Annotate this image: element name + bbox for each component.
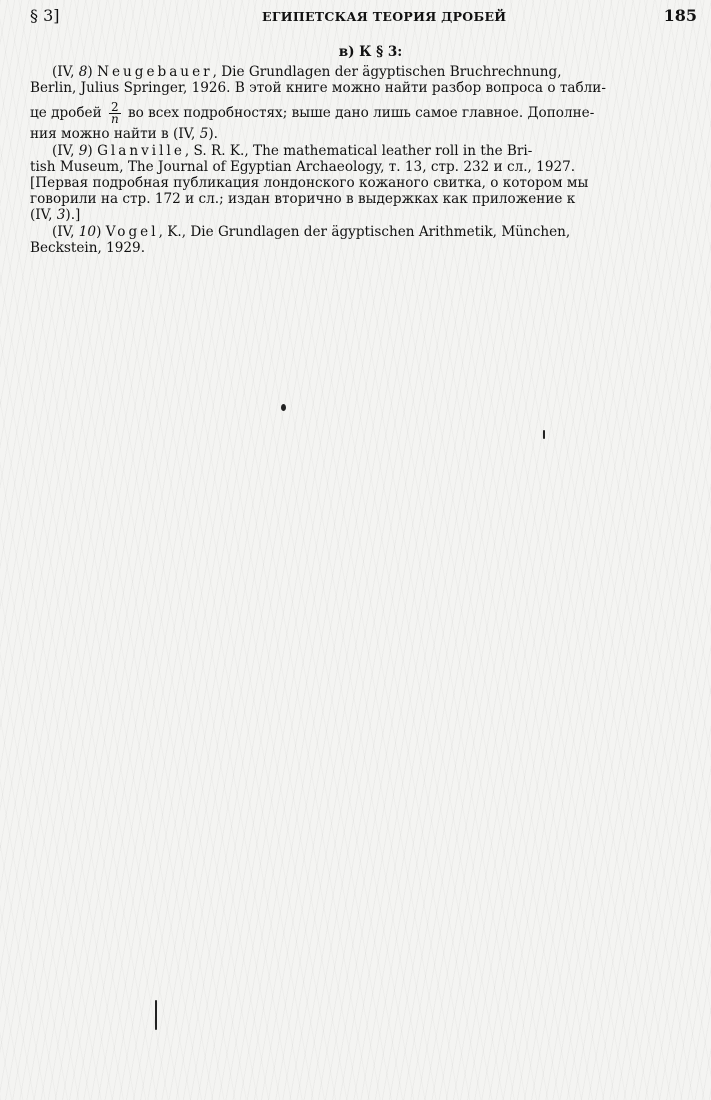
author-name: Vogel	[106, 224, 159, 240]
reference-line: ния можно найти в (IV, 5).	[30, 126, 698, 142]
reference-vogel: (IV, 10) Vogel, K., Die Grundlagen der ä…	[30, 224, 698, 240]
page-header: § 3] ЕГИПЕТСКАЯ ТЕОРИЯ ДРОБЕЙ 185	[30, 6, 697, 26]
ink-speck	[543, 430, 545, 439]
reference-neugebauer: (IV, 8) Neugebauer, Die Grundlagen der ä…	[30, 64, 698, 80]
fraction-2-over-n: 2n	[109, 102, 121, 125]
reference-line: (IV, 3).]	[30, 207, 698, 223]
reference-line: це дробей 2n во всех подробностях; выше …	[30, 100, 698, 126]
section-marker: § 3]	[30, 6, 60, 25]
reference-glanville: (IV, 9) Glanville, S. R. K., The mathema…	[30, 143, 698, 159]
page-number: 185	[664, 6, 697, 25]
reference-line: Berlin, Julius Springer, 1926. В этой кн…	[30, 80, 698, 96]
reference-line: [Первая подробная публикация лондонского…	[30, 175, 698, 191]
reference-line: tish Museum, The Journal of Egyptian Arc…	[30, 159, 698, 175]
reference-line: Beckstein, 1929.	[30, 240, 698, 256]
reference-line: говорили на стр. 172 и сл.; издан вторич…	[30, 191, 698, 207]
author-name: Neugebauer	[97, 64, 213, 80]
references-body: (IV, 8) Neugebauer, Die Grundlagen der ä…	[30, 64, 698, 256]
author-name: Glanville	[97, 143, 185, 159]
ink-speck	[155, 1000, 157, 1030]
ink-speck	[281, 404, 286, 411]
subheading: в) К § 3:	[0, 44, 711, 60]
running-title: ЕГИПЕТСКАЯ ТЕОРИЯ ДРОБЕЙ	[262, 9, 506, 24]
